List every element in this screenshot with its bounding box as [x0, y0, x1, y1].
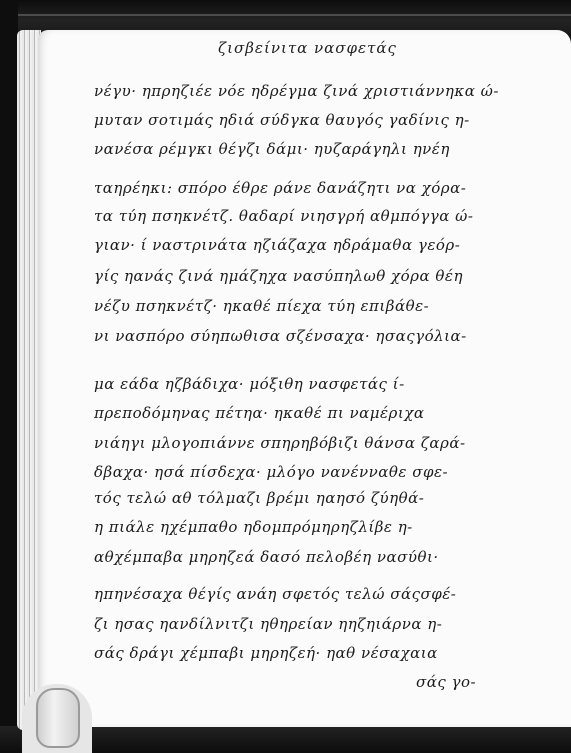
- text-line: γιαν· ί ναστρινάτα ηζιάζαχα ηδράμαθα γεό…: [94, 236, 460, 254]
- text-line: πρεποδόμηνας πέτηα· ηκαθέ πι ναμέριχα: [94, 404, 424, 422]
- text-line: σάς δράγι χέμπαβι μηρηζεή· ηαθ νέσαχαια: [94, 644, 438, 662]
- text-line: η πιάλε ηχέμπαθο ηδομπρόμηρηζλίβε η-: [94, 518, 413, 536]
- text-line: τα τύη πσηκνέτζ. θαδαρί νιησγρή αθμπόγγα…: [94, 207, 473, 225]
- text-line: γίς ηανάς ζινά ημάζηχα νασύπηλωθ χόρα θέ…: [94, 267, 463, 285]
- scan-background-top: [0, 0, 571, 34]
- manuscript-page: ζισβείνιτα νασφετάς νέγυ· ηπρηζιέε νόε η…: [38, 30, 571, 727]
- text-line: μυταν σοτιμάς ηδιά σύδγκα θαυγός γαδίνις…: [94, 111, 470, 129]
- text-line: νιάηγι μλογοπιάννε σπηρηβόβιζι θάνσα ζαρ…: [94, 434, 466, 452]
- text-line: δβαχα· ησά πίσδεχα· μλόγο νανένναθε σφε-: [94, 463, 448, 481]
- text-line: μα εάδα ηζβάδιχα· μόξιθη νασφετάς ί-: [94, 375, 405, 393]
- text-line: ηπηνέσαχα θέγίς ανάη σφετός τελώ σάςσφέ-: [94, 585, 456, 603]
- text-line: νέγυ· ηπρηζιέε νόε ηδρέγμα ζινά χριστιάν…: [94, 82, 499, 100]
- scan-background-left: [0, 0, 18, 753]
- text-line: νέζυ πσηκνέτζ· ηκαθέ πίεχα τύη επιβάθε-: [94, 297, 429, 315]
- text-line-catchword: σάς γο-: [416, 673, 476, 691]
- text-line: νι νασπόρο σύηπωθισα σζένσαχα· ησαςγόλια…: [94, 327, 467, 345]
- text-line: ζι ησας ηανδίλνιτζι ηθηρείαν ηηζηιάρνα η…: [94, 615, 442, 633]
- text-line: αθχέμπαβα μηρηζεά δασό πελοβέη νασύθι·: [94, 548, 439, 566]
- text-line: ταηρέηκι: σπόρο έθρε ράνε δανάζητι να χό…: [94, 179, 466, 197]
- page-heading: ζισβείνιτα νασφετάς: [218, 39, 478, 57]
- text-line: τός τελώ αθ τόλμαζι βρέμι ηαησό ζύηθά-: [94, 489, 424, 507]
- text-line: νανέσα ρέμγκι θέγζι δάμι· ηυζαράγηλι ηνέ…: [94, 140, 450, 158]
- thumbnail-nail: [36, 688, 80, 748]
